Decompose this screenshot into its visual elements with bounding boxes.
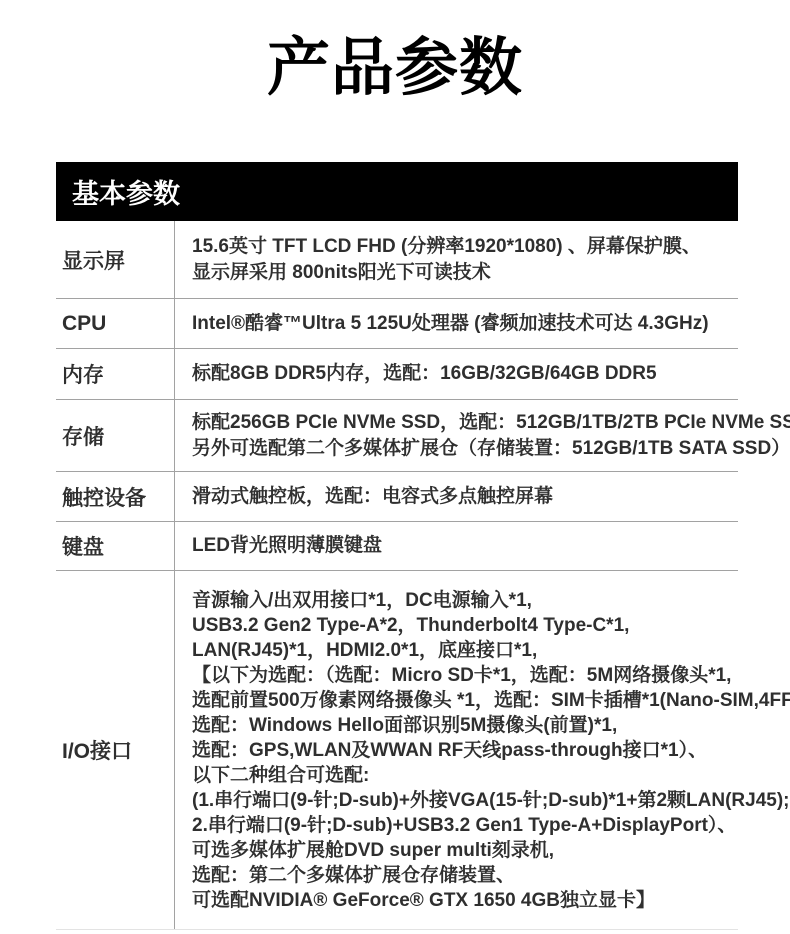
spec-row-keyboard: 键盘 LED背光照明薄膜键盘 — [56, 522, 738, 571]
spec-label-keyboard: 键盘 — [56, 522, 175, 570]
spec-label-storage: 存储 — [56, 400, 175, 471]
spec-row-io-ports: I/O接口 音源输入/出双用接口*1，DC电源输入*1, USB3.2 Gen2… — [56, 571, 738, 930]
spec-value-storage: 标配256GB PCIe NVMe SSD，选配：512GB/1TB/2TB P… — [175, 400, 790, 471]
spec-label-display: 显示屏 — [56, 221, 175, 298]
spec-label-cpu: CPU — [56, 299, 175, 348]
product-spec-page: 产品参数 基本参数 显示屏 15.6英寸 TFT LCD FHD (分辨率192… — [0, 0, 790, 934]
spec-value-io-ports: 音源输入/出双用接口*1，DC电源输入*1, USB3.2 Gen2 Type-… — [175, 571, 790, 929]
spec-label-io-ports: I/O接口 — [56, 571, 175, 929]
spec-value-cpu: Intel®酷睿™Ultra 5 125U处理器 (睿频加速技术可达 4.3GH… — [175, 299, 738, 348]
spec-value-display: 15.6英寸 TFT LCD FHD (分辨率1920*1080) 、屏幕保护膜… — [175, 221, 738, 298]
page-title: 产品参数 — [0, 0, 790, 104]
spec-row-storage: 存储 标配256GB PCIe NVMe SSD，选配：512GB/1TB/2T… — [56, 400, 738, 472]
spec-label-touch-device: 触控设备 — [56, 472, 175, 521]
spec-value-memory: 标配8GB DDR5内存，选配：16GB/32GB/64GB DDR5 — [175, 349, 738, 399]
spec-value-keyboard: LED背光照明薄膜键盘 — [175, 522, 738, 570]
section-header-label: 基本参数 — [72, 172, 180, 211]
spec-table: 基本参数 显示屏 15.6英寸 TFT LCD FHD (分辨率1920*108… — [56, 162, 738, 930]
spec-value-touch-device: 滑动式触控板，选配：电容式多点触控屏幕 — [175, 472, 738, 521]
spec-row-cpu: CPU Intel®酷睿™Ultra 5 125U处理器 (睿频加速技术可达 4… — [56, 299, 738, 349]
section-header: 基本参数 — [56, 162, 738, 221]
spec-row-display: 显示屏 15.6英寸 TFT LCD FHD (分辨率1920*1080) 、屏… — [56, 221, 738, 299]
spec-row-memory: 内存 标配8GB DDR5内存，选配：16GB/32GB/64GB DDR5 — [56, 349, 738, 400]
spec-row-touch-device: 触控设备 滑动式触控板，选配：电容式多点触控屏幕 — [56, 472, 738, 522]
spec-label-memory: 内存 — [56, 349, 175, 399]
